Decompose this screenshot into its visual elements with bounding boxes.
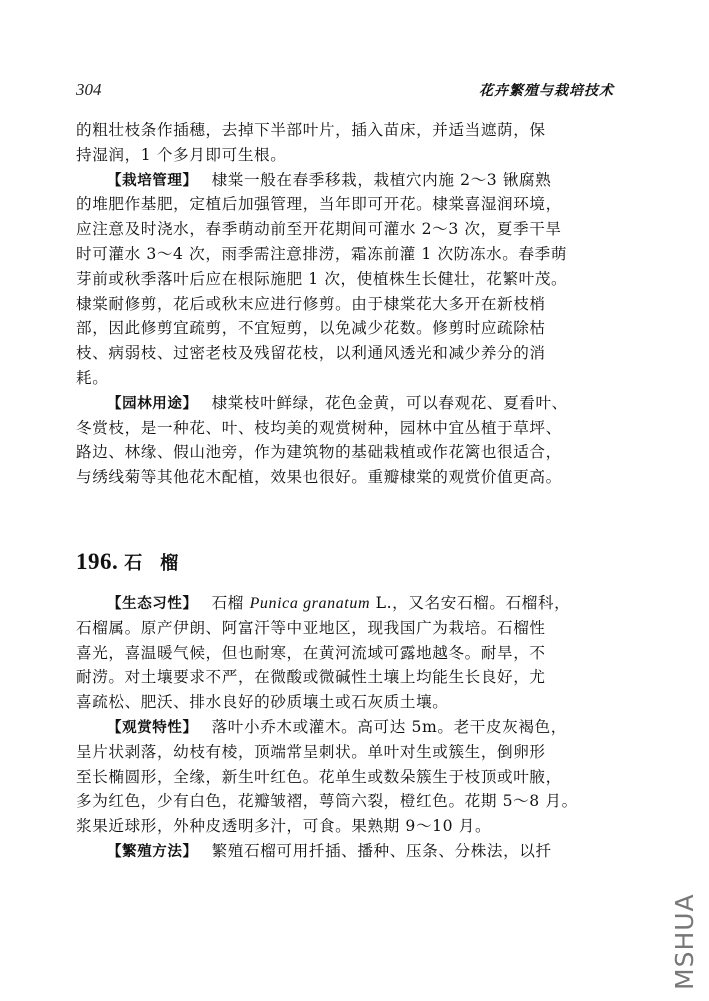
text-line: 应注意及时浇水，春季萌动前至开花期间可灌水 2～3 次，夏季干旱: [76, 217, 624, 242]
paragraph-cultivation: 【栽培管理】棣棠一般在春季移栽，栽植穴内施 2～3 锹腐熟: [76, 168, 624, 193]
text-line: 石榴属。原产伊朗、阿富汗等中亚地区，现我国广为栽培。石榴性: [76, 616, 624, 641]
section-title: 石榴: [124, 553, 196, 574]
text-line: 耐涝。对土壤要求不严，在微酸或微碱性土壤上均能生长良好，尤: [76, 665, 624, 690]
section-heading: 196.石榴: [76, 549, 196, 575]
text-line: 的粗壮枝条作插穗，去掉下半部叶片，插入苗床，并适当遮荫，保: [76, 118, 624, 143]
text-line: 耗。: [76, 366, 624, 391]
label-cultivation: 【栽培管理】: [107, 173, 198, 189]
text-line: 芽前或秋季落叶后应在根际施肥 1 次，使植株生长健壮，花繁叶茂。: [76, 267, 624, 292]
text-line: 浆果近球形，外种皮透明多汁，可食。果熟期 9～10 月。: [76, 814, 624, 839]
page-header: 304 花卉繁殖与栽培技术: [76, 80, 614, 102]
paragraph-landscape-use: 【园林用途】棣棠枝叶鲜绿，花色金黄，可以春观花、夏看叶、: [76, 391, 624, 416]
latin-name: Punica granatum: [250, 595, 371, 612]
text-line: 与绣线菊等其他花木配植，效果也很好。重瓣棣棠的观赏价值更高。: [76, 465, 624, 490]
text-line: 路边、林缘、假山池旁，作为建筑物的基础栽植或作花篱也很适合，: [76, 440, 624, 465]
text-line: 枝、病弱枝、过密老枝及残留花枝，以利通风透光和减少养分的消: [76, 341, 624, 366]
text-span: 石榴: [212, 594, 250, 612]
paragraph-ecology: 【生态习性】石榴 Punica granatum L.，又名安石榴。石榴科，: [76, 591, 624, 616]
paragraph-propagation: 【繁殖方法】繁殖石榴可用扦插、播种、压条、分株法，以扦: [76, 839, 624, 864]
text-line: 持湿润，1 个多月即可生根。: [76, 143, 624, 168]
label-propagation: 【繁殖方法】: [107, 844, 198, 860]
text-line: 棣棠耐修剪，花后或秋末应进行修剪。由于棣棠花大多开在新枝梢: [76, 292, 624, 317]
text-line: 至长椭圆形，全缘，新生叶红色。花单生或数朵簇生于枝顶或叶腋，: [76, 765, 624, 790]
text-line: 喜光，喜温暖气候，但也耐寒，在黄河流域可露地越冬。耐旱，不: [76, 641, 624, 666]
section-196-text: 【生态习性】石榴 Punica granatum L.，又名安石榴。石榴科， 石…: [76, 591, 624, 864]
text-line: 棣棠一般在春季移栽，栽植穴内施 2～3 锹腐熟: [212, 171, 552, 189]
text-line: 冬赏枝，是一种花、叶、枝均美的观赏树种，园林中宜丛植于草坪、: [76, 416, 624, 441]
text-span: L.，又名安石榴。石榴科，: [370, 594, 570, 612]
text-line: 的堆肥作基肥，定植后加强管理，当年即可开花。棣棠喜湿润环境，: [76, 192, 624, 217]
label-landscape-use: 【园林用途】: [107, 396, 198, 412]
label-ecology: 【生态习性】: [107, 596, 198, 612]
text-line: 落叶小乔木或灌木。高可达 5m。老干皮灰褐色，: [212, 718, 567, 736]
text-line: 繁殖石榴可用扦插、播种、压条、分株法，以扦: [212, 842, 552, 860]
section-number: 196.: [76, 549, 118, 574]
label-ornamental: 【观赏特性】: [107, 720, 198, 736]
running-title: 花卉繁殖与栽培技术: [479, 80, 614, 100]
page-number: 304: [76, 80, 102, 100]
text-line: 呈片状剥落，幼枝有棱，顶端常呈刺状。单叶对生或簇生，倒卵形: [76, 740, 624, 765]
text-line: 部，因此修剪宜疏剪，不宜短剪，以免减少花数。修剪时应疏除枯: [76, 316, 624, 341]
text-line: 时可灌水 3～4 次，雨季需注意排涝，霜冻前灌 1 次防冻水。春季萌: [76, 242, 624, 267]
paragraph-ornamental: 【观赏特性】落叶小乔木或灌木。高可达 5m。老干皮灰褐色，: [76, 715, 624, 740]
text-line: 多为红色，少有白色，花瓣皱褶，萼筒六裂，橙红色。花期 5～8 月。: [76, 789, 624, 814]
text-line: 喜疏松、肥沃、排水良好的砂质壤土或石灰质土壤。: [76, 690, 624, 715]
text-line: 棣棠枝叶鲜绿，花色金黄，可以春观花、夏看叶、: [212, 394, 568, 412]
watermark: MSHUA: [670, 893, 699, 990]
previous-section-text: 的粗壮枝条作插穗，去掉下半部叶片，插入苗床，并适当遮荫，保 持湿润，1 个多月即…: [76, 118, 624, 490]
